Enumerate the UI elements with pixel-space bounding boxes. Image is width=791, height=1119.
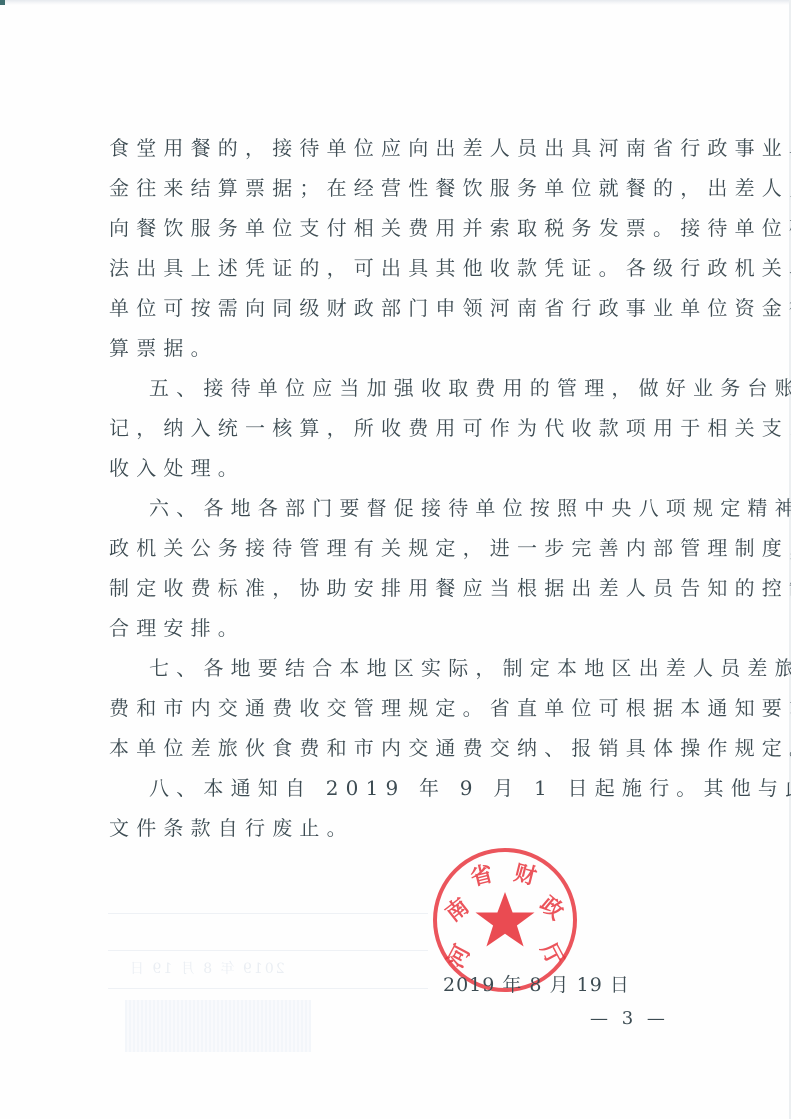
text-line: 费和市内交通费收交管理规定。省直单位可根据本通知要求制定 bbox=[109, 688, 689, 728]
seal-char: 省 bbox=[468, 861, 496, 892]
text-line: 本单位差旅伙食费和市内交通费交纳、报销具体操作规定。 bbox=[109, 728, 689, 768]
text-line: 文件条款自行废止。 bbox=[109, 808, 689, 848]
text-line: 八、本通知自 2019 年 9 月 1 日起施行。其他与此相抵触的 bbox=[109, 768, 689, 808]
scan-top-edge bbox=[0, 0, 791, 5]
document-body: 食堂用餐的，接待单位应向出差人员出具河南省行政事业单位资 金往来结算票据；在经营… bbox=[109, 128, 689, 848]
text-line: 五、接待单位应当加强收取费用的管理，做好业务台账登 bbox=[109, 368, 689, 408]
text-line: 法出具上述凭证的，可出具其他收款凭证。各级行政机关、事业 bbox=[109, 248, 689, 288]
paragraph-4-continued: 食堂用餐的，接待单位应向出差人员出具河南省行政事业单位资 金往来结算票据；在经营… bbox=[109, 128, 689, 368]
text-line: 金往来结算票据；在经营性餐饮服务单位就餐的，出差人员直接 bbox=[109, 168, 689, 208]
text-line: 政机关公务接待管理有关规定，进一步完善内部管理制度，合理 bbox=[109, 528, 689, 568]
paragraph-5: 五、接待单位应当加强收取费用的管理，做好业务台账登 记，纳入统一核算，所收费用可… bbox=[109, 368, 689, 488]
page-number: — 3 — bbox=[590, 1008, 669, 1029]
text-line: 七、各地要结合本地区实际，制定本地区出差人员差旅伙食 bbox=[109, 648, 689, 688]
seal-char: 财 bbox=[511, 860, 539, 891]
text-line: 食堂用餐的，接待单位应向出差人员出具河南省行政事业单位资 bbox=[109, 128, 689, 168]
paragraph-8: 八、本通知自 2019 年 9 月 1 日起施行。其他与此相抵触的 文件条款自行… bbox=[109, 768, 689, 848]
text-line: 单位可按需向同级财政部门申领河南省行政事业单位资金往来结 bbox=[109, 288, 689, 328]
bleed-through-rule bbox=[108, 913, 428, 914]
text-line: 向餐饮服务单位支付相关费用并索取税务发票。接待单位确实无 bbox=[109, 208, 689, 248]
text-line: 收入处理。 bbox=[109, 448, 689, 488]
text-line: 六、各地各部门要督促接待单位按照中央八项规定精神和党 bbox=[109, 488, 689, 528]
seal-char: 南 bbox=[441, 893, 474, 927]
document-page: 2019 年 8 月 19 日 食堂用餐的，接待单位应向出差人员出具河南省行政事… bbox=[0, 0, 791, 1119]
text-line: 算票据。 bbox=[109, 328, 689, 368]
bleed-through-rule bbox=[108, 988, 428, 989]
text-line: 合理安排。 bbox=[109, 608, 689, 648]
paragraph-7: 七、各地要结合本地区实际，制定本地区出差人员差旅伙食 费和市内交通费收交管理规定… bbox=[109, 648, 689, 768]
text-line: 制定收费标准，协助安排用餐应当根据出差人员告知的控制标准 bbox=[109, 568, 689, 608]
paragraph-6: 六、各地各部门要督促接待单位按照中央八项规定精神和党 政机关公务接待管理有关规定… bbox=[109, 488, 689, 648]
bleed-through-text: 2019 年 8 月 19 日 bbox=[128, 958, 285, 978]
bleed-through-barcode bbox=[125, 1000, 311, 1052]
star-icon bbox=[476, 892, 535, 947]
seal-char: 政 bbox=[535, 892, 568, 925]
bleed-through-rule bbox=[108, 950, 428, 951]
scan-corner-mark bbox=[0, 0, 5, 5]
text-line: 记，纳入统一核算，所收费用可作为代收款项用于相关支出或作 bbox=[109, 408, 689, 448]
seal-char: 厅 bbox=[535, 939, 567, 970]
issue-date: 2019 年 8 月 19 日 bbox=[443, 970, 630, 997]
seal-char: 河 bbox=[443, 941, 475, 972]
